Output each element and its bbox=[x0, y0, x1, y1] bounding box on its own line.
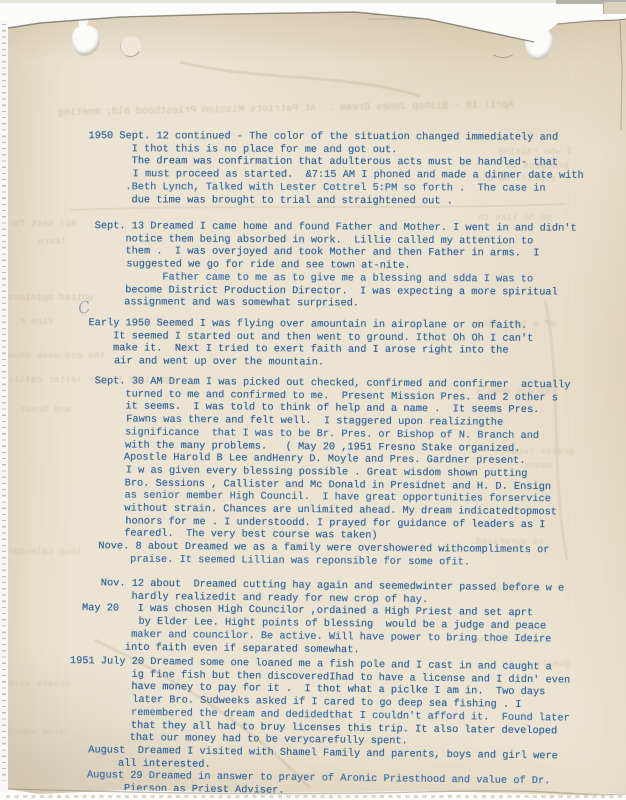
punch-hole-ring-left-icon bbox=[118, 34, 144, 60]
punch-hole-arc-right-icon bbox=[490, 42, 516, 58]
punch-hole-torn-left-icon bbox=[72, 25, 100, 56]
bleedthrough-fragment: Vice P. bbox=[14, 316, 54, 327]
paragraph-early-1950: Early 1950 Seemed I was flying over amou… bbox=[70, 317, 615, 371]
paragraph-1950-sept-12: 1950 Sept. 12 continued - The color of t… bbox=[70, 130, 615, 208]
scanned-document-page: April 10 - Bishop Jones Dream . At Patri… bbox=[0, 0, 626, 800]
text-line: air and went up over the mountain. bbox=[71, 355, 616, 371]
bleedthrough-fragment: learn bbox=[38, 236, 67, 247]
punch-hole-torn-right-icon bbox=[525, 27, 553, 60]
bleedthrough-fragment: and Scout bbox=[20, 404, 71, 415]
text-line: assignment and was somewhat surprised. bbox=[69, 296, 614, 312]
paper-sheet: April 10 - Bishop Jones Dream . At Patri… bbox=[8, 0, 626, 798]
bleedthrough-fragment: spears with bbox=[8, 678, 71, 689]
paragraph-1951-july-20: 1951 July 20 Dreamed some one loaned me … bbox=[68, 655, 615, 800]
bleedthrough-fragment: mine award bbox=[8, 726, 65, 737]
paragraph-nov-12-may-20: Nov. 12 about Dreamed cutting hay again … bbox=[69, 577, 615, 659]
bleedthrough-fragment: mil sett for bbox=[8, 218, 76, 229]
text-line: .Beth Lynch, Talked with Lester Cottrel … bbox=[70, 181, 615, 196]
text-line: due time was brought to trial and straig… bbox=[70, 194, 615, 209]
perforation-dots bbox=[6, 795, 626, 798]
text-line: I must proceed as started. &7:15 AM I ph… bbox=[71, 168, 616, 183]
text-block: 1950 Sept. 12 continued - The color of t… bbox=[70, 130, 615, 798]
paper-corner-shred bbox=[603, 2, 626, 14]
punch-hole-tear-icon bbox=[523, 5, 546, 34]
paragraph-sept-30: Sept. 30 AM Dream I was picked out check… bbox=[68, 375, 615, 570]
bleedthrough-fragment: April 10 - Bishop Jones Dream . At Patri… bbox=[58, 100, 514, 119]
scanner-top-edge bbox=[0, 0, 626, 3]
paragraph-sept-13: Sept. 13 Dreamed I came home and found F… bbox=[70, 220, 615, 312]
scan-edge-ruler bbox=[0, 20, 8, 792]
